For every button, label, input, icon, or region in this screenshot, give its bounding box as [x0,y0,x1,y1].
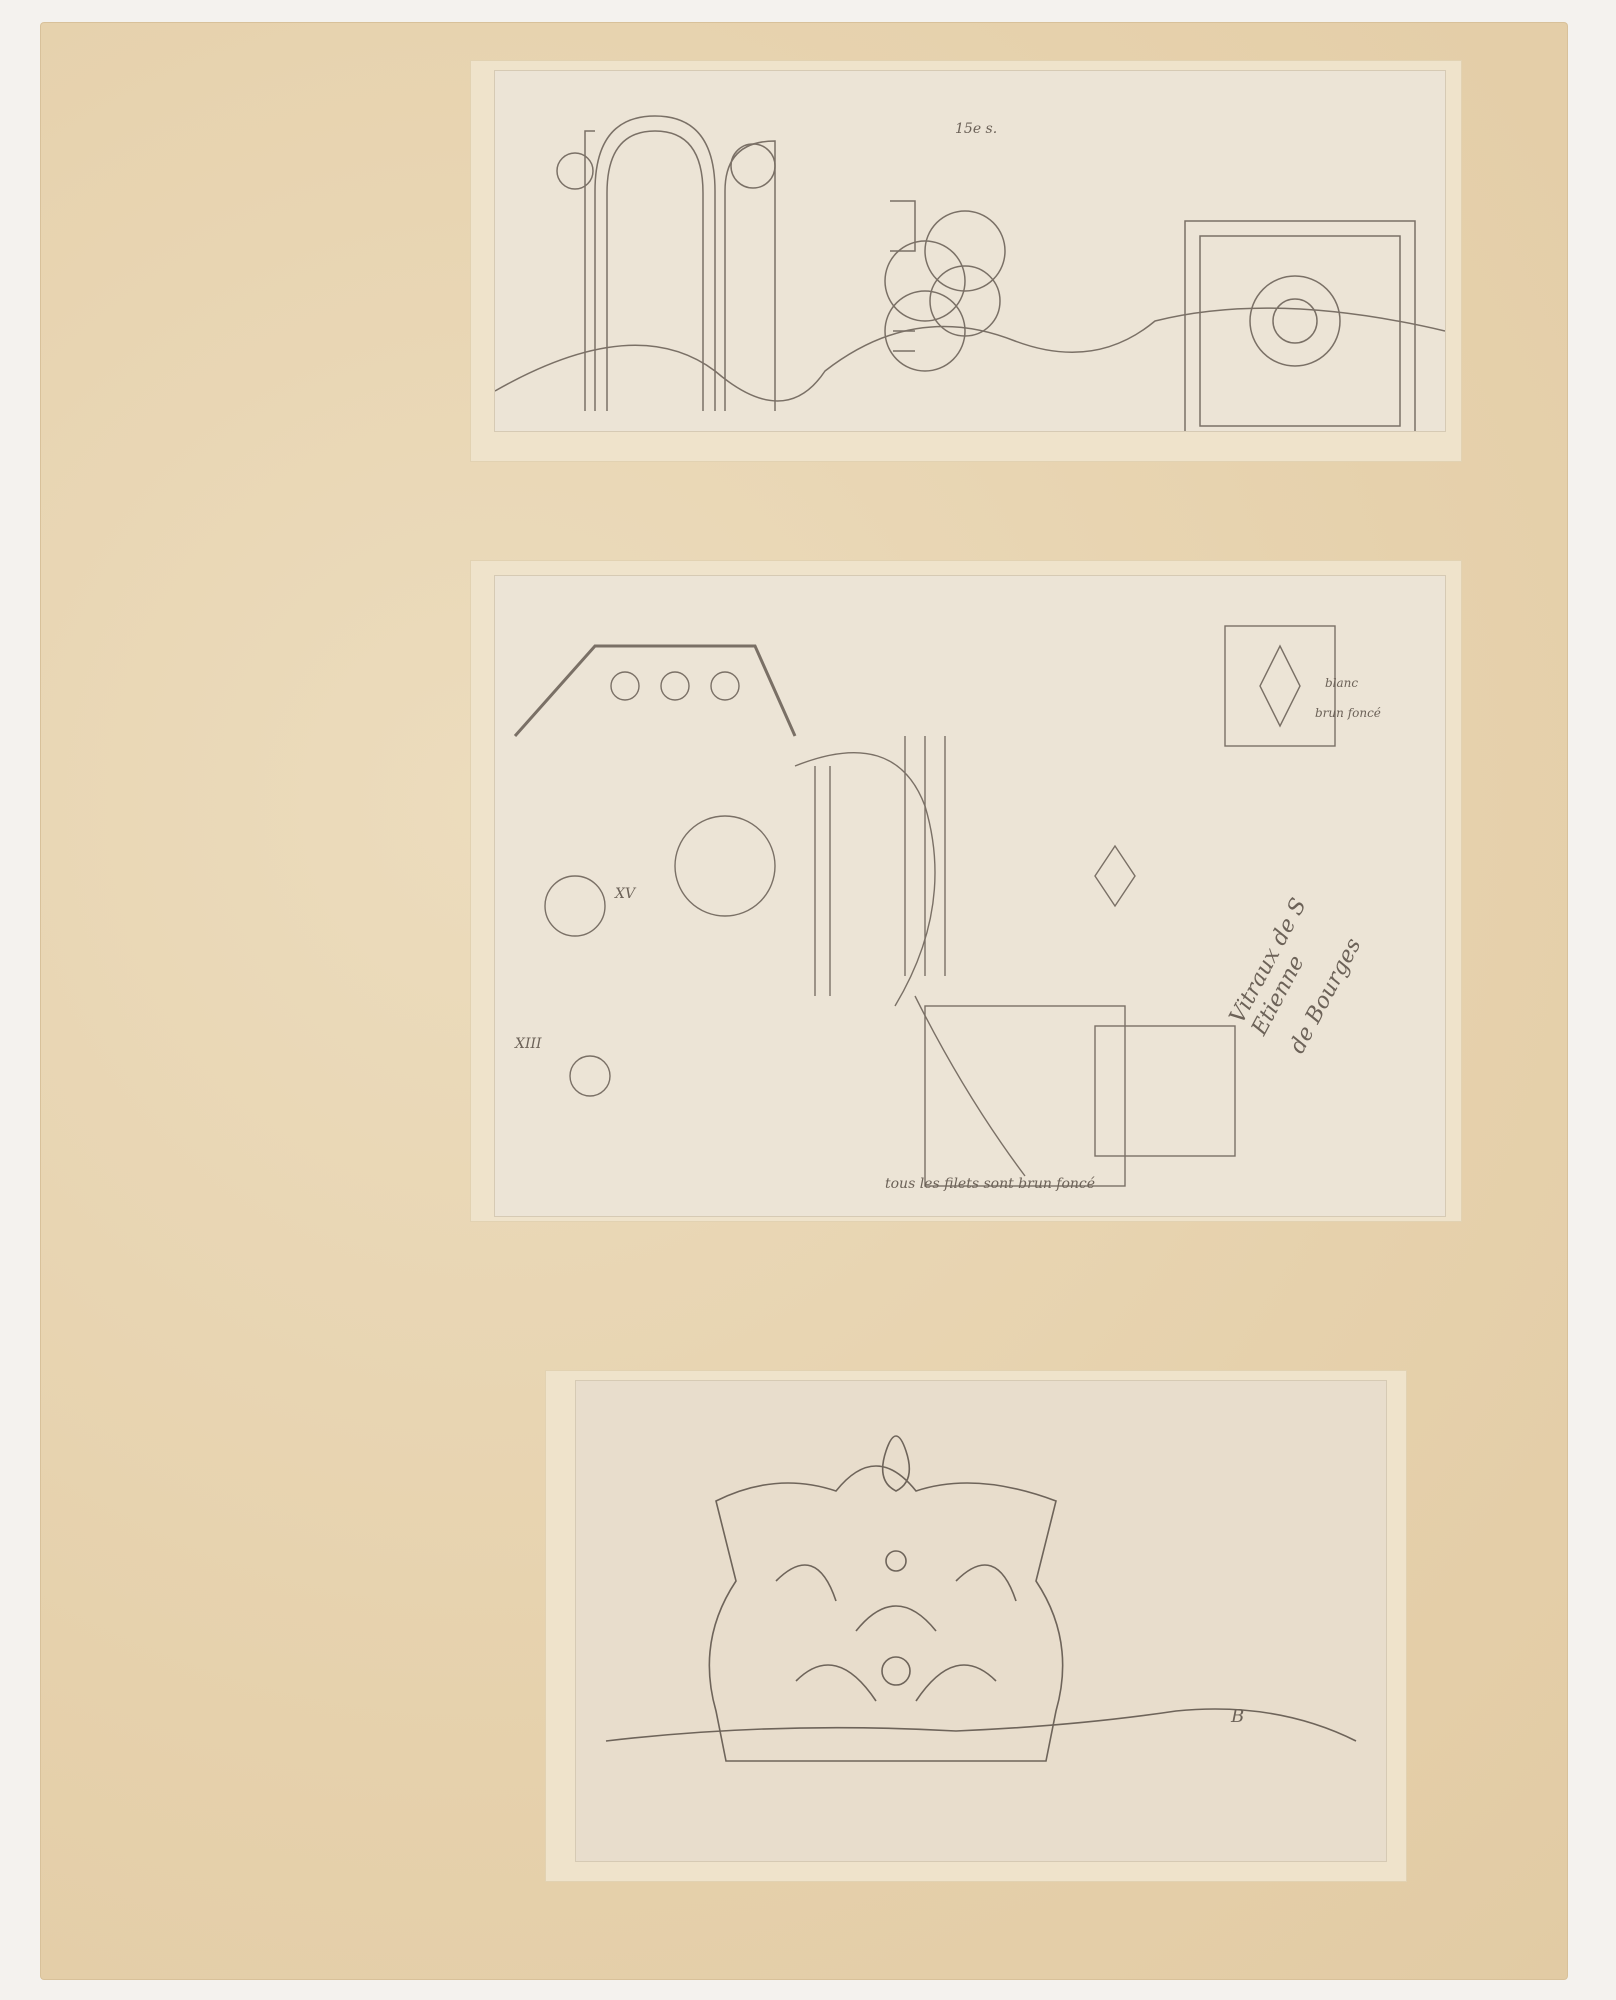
foliage-ornament-drawing [576,1381,1386,1861]
bottom-sketch: B [575,1380,1387,1862]
middle-sketch: XV XIII tous les filets sont brun foncé … [494,575,1446,1217]
corner-note: blanc [1325,676,1358,690]
numeral-xv: XV [615,886,635,902]
bottom-note: tous les filets sont brun foncé [885,1176,1095,1192]
top-sketch: 15e s. [494,70,1446,432]
date-annotation: 15e s. [955,121,997,137]
letter-b: B [1231,1706,1244,1727]
numeral-xiii: XIII [515,1036,542,1052]
corner-note-2: brun foncé [1315,706,1381,720]
